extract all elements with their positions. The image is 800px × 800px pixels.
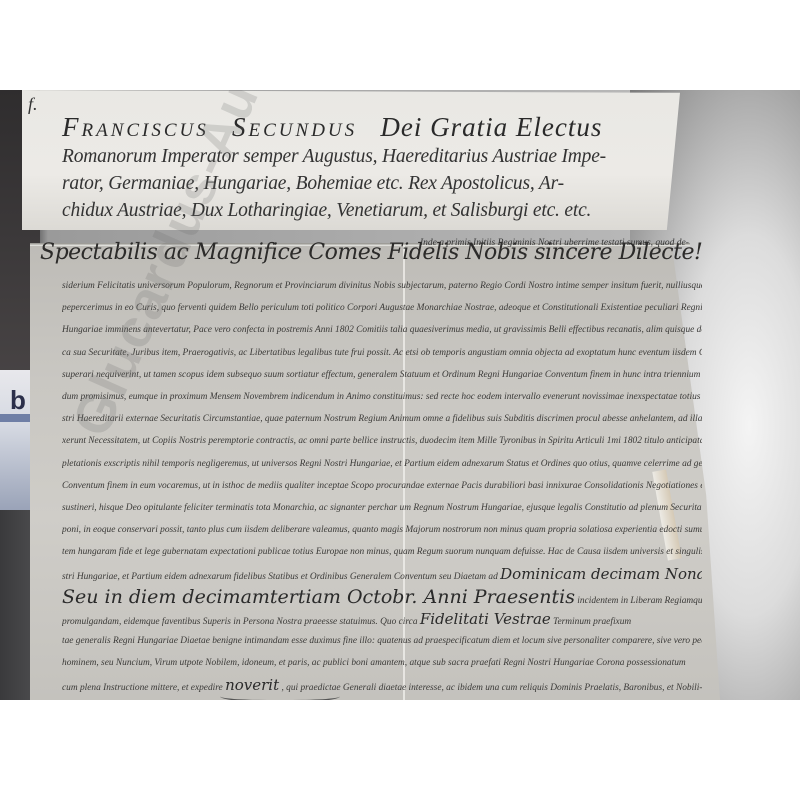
body-line: pepercerimus in eo Curis, quo ferventi q… (62, 297, 702, 319)
body-line: hominem, seu Nuncium, Virum utpote Nobil… (62, 652, 702, 674)
body-line-text: Regni Nostri Hungariae Corona possession… (503, 658, 685, 668)
body-line: dum promisimus, eumque in proximum Mense… (62, 386, 702, 408)
document-title: Franciscus Secundus Dei Gratia Electus R… (62, 112, 662, 224)
body-line: tae generalis Regni Hungariae Diaetae be… (62, 630, 702, 652)
body-line: Seu in diem decimamtertiam Octobr. Anni … (62, 586, 702, 608)
body-line: bus, praefatisque dicti Regni Nostri Hun… (62, 697, 702, 700)
document-body: siderium Felicitatis universorum Populor… (62, 275, 702, 700)
body-line-text: sive personaliter comparere, sive vero p… (547, 636, 702, 646)
background-magazine: b (0, 370, 34, 510)
handwritten-date-line: Seu in diem decimamtertiam Octobr. Anni … (62, 586, 575, 608)
body-line-text: promulgandam, eidemque faventibus Superi… (62, 617, 418, 627)
body-line-text: Terminum praefixum (553, 617, 631, 627)
body-line: stri Hungariae, et Partium eidem adnexar… (62, 563, 702, 585)
body-line: pletationis exscriptis nihil temporis ne… (62, 453, 702, 475)
body-line: ca sua Securitate, Juribus item, Praerog… (62, 342, 702, 364)
body-line-text: stri Hungariae, et Partium eidem adnexar… (62, 572, 498, 582)
body-line: Hungariae imminens antevertatur, Pace ve… (62, 319, 702, 341)
body-line: xerunt Necessitatem, ut Copiis Nostris p… (62, 430, 702, 452)
magazine-letter: b (10, 385, 26, 416)
body-line: Conventum finem in eum vocaremus, ut in … (62, 475, 702, 497)
body-line: siderium Felicitatis universorum Populor… (62, 275, 702, 297)
body-line-text: tae generalis Regni Hungariae Diaetae be… (62, 636, 545, 646)
handwritten-dominicam: Dominicam decimam Nonam post Pentec. (500, 565, 702, 583)
title-line-2: Romanorum Imperator semper Augustus, Hae… (62, 143, 662, 170)
body-line: cum plena Instructione mittere, et exped… (62, 674, 702, 696)
title-name-1: Franciscus (62, 112, 209, 142)
handwritten-fidelitati: Fidelitati Vestrae (420, 610, 551, 628)
title-name-2: Secundus (232, 112, 357, 142)
salutation-continuation: Inde a primis Initiis Regiminis Nostri u… (420, 238, 689, 248)
body-line: stri Haereditarii externae Securitatis C… (62, 408, 702, 430)
body-line: promulgandam, eidemque faventibus Superi… (62, 608, 702, 630)
document-photo: b f. Franciscus Secundus Dei Gratia Elec… (0, 90, 800, 700)
body-line: tem hungaram fide et lege gubernatam exp… (62, 541, 702, 563)
body-line-text: cum plena Instructione mittere, et exped… (62, 683, 223, 693)
body-line-text: hominem, seu Nuncium, Virum utpote Nobil… (62, 658, 501, 668)
body-line: superari nequiverint, ut tamen scopus id… (62, 364, 702, 386)
body-line: sustineri, hisque Deo opitulante felicit… (62, 497, 702, 519)
title-line-1-rest: Dei Gratia Electus (380, 112, 602, 142)
body-line: poni, in eoque conservari possit, tanto … (62, 519, 702, 541)
body-line-text: incidentem in Liberam Regiamque Civitate… (577, 596, 702, 606)
title-line-3: rator, Germaniae, Hungariae, Bohemiae et… (62, 170, 662, 197)
title-line-4: chidux Austriae, Dux Lotharingiae, Venet… (62, 197, 662, 224)
title-line-1: Franciscus Secundus Dei Gratia Electus (62, 112, 662, 143)
signature-flourish (220, 688, 340, 700)
magazine-strip (0, 414, 34, 422)
body-line-text: et Nobili- (667, 683, 702, 693)
corner-mark: f. (28, 94, 38, 115)
